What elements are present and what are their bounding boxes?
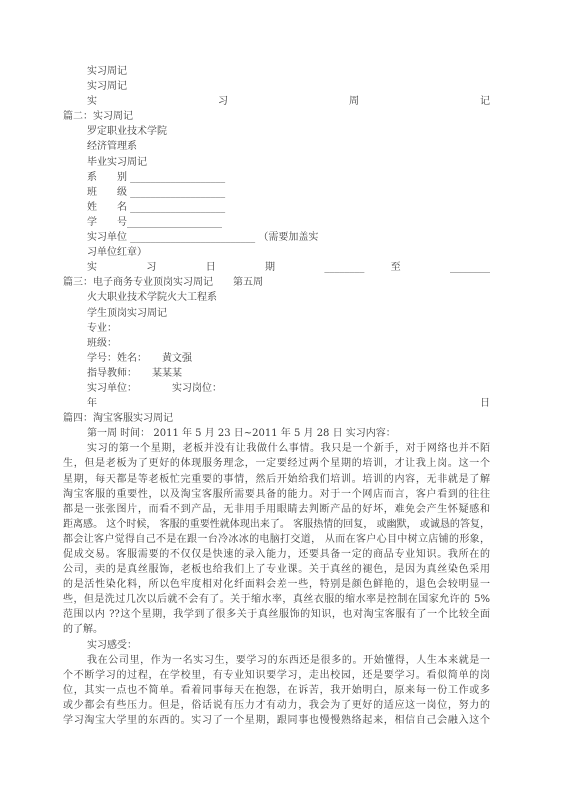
doc-line-7: 毕业实习周记 xyxy=(63,155,490,170)
doc-line-2: 实习周记 xyxy=(63,79,490,94)
doc-line-35: 的是活性染化料，所以色牢度相对化纤面料会差一些，特别是颜色鲜艳的，退色会较明显一 xyxy=(63,577,490,592)
doc-line-30: 都是一张张图片，而看不到产品，无非用手用眼睛去判断产品的好坏，难免会产生怀疑感和 xyxy=(63,502,490,517)
doc-line-38: 的了解。 xyxy=(63,622,490,637)
doc-line-5: 罗定职业技术学院 xyxy=(63,124,490,139)
doc-line-41: 个不断学习的过程，在学校里，有专业知识要学习，走出校园，还是要学习。看似简单的岗 xyxy=(63,668,490,683)
doc-line-28: 星期，每天都是等老板忙完重要的事情，然后开始给我们培训。培训的内容，无非就是了解 xyxy=(63,472,490,487)
doc-line-43: 或少都会有些压力。但是，俗话说有压力才有动力，我会为了更好的适应这一岗位，努力的 xyxy=(63,698,490,713)
doc-line-31: 距离感。 这个时候， 客服的重要性就体现出来了。 客服热情的回复， 或幽默， 或… xyxy=(63,517,490,532)
doc-line-29: 淘宝客服的重要性，以及淘宝客服所需要具备的能力。对于一个网店而言，客户看到的往往 xyxy=(63,487,490,502)
doc-line-22: 实习单位： 实习岗位： xyxy=(63,381,490,396)
doc-line-10: 姓 名 ___________________ xyxy=(63,200,490,215)
doc-line-24: 篇四：淘宝客服实习周记 xyxy=(63,411,490,426)
doc-line-23: 年 日 xyxy=(63,396,490,411)
doc-line-26: 实习的第一个星期，老板并没有让我做什么事情。我只是一个新手，对于网络也并不陌 xyxy=(63,441,490,456)
doc-line-19: 班级： xyxy=(63,336,490,351)
doc-line-18: 专业： xyxy=(63,321,490,336)
doc-line-36: 些，但是洗过几次以后就不会有了。关于缩水率，真丝衣服的缩水率是控制在国家允许的 … xyxy=(63,592,490,607)
internship-journal-document: 实习周记实习周记实 习 周 记篇二：实习周记罗定职业技术学院经济管理系毕业实习周… xyxy=(63,64,490,728)
doc-line-11: 学 号___________________ xyxy=(63,215,490,230)
doc-line-32: 都会让客户觉得自己不是在跟一台冷冰冰的电脑打交道， 从而在客户心目中树立店铺的形… xyxy=(63,532,490,547)
doc-line-21: 指导教师： 某某某 xyxy=(63,366,490,381)
doc-line-44: 学习淘宝大学里的东西的。实习了一个星期，跟同事也慢慢熟络起来，相信自己会融入这个 xyxy=(63,713,490,728)
doc-line-20: 学号：姓名： 黄文强 xyxy=(63,351,490,366)
doc-line-12: 实习单位 _________________________ （需要加盖实 xyxy=(63,230,490,245)
doc-line-37: 范围以内 ??这个星期，我学到了很多关于真丝服饰的知识，也对淘宝客服有了一个比较… xyxy=(63,607,490,622)
doc-line-4: 篇二：实习周记 xyxy=(63,109,490,124)
doc-line-27: 生，但是老板为了更好的体现服务理念，一定要经过两个星期的培训，才让我上岗。这一个 xyxy=(63,456,490,471)
doc-line-15: 篇三：电子商务专业顶岗实习周记 第五周 xyxy=(63,275,490,290)
doc-line-14: 实 习 日 期 ________ 至 ________ xyxy=(63,260,490,275)
doc-line-42: 位，其实一点也不简单。看着同事每天在抱怨，在诉苦，我开始明白，原来每一份工作或多 xyxy=(63,683,490,698)
doc-line-3: 实 习 周 记 xyxy=(63,94,490,109)
doc-line-40: 我在公司里，作为一名实习生，要学习的东西还是很多的。开始懂得，人生本来就是一 xyxy=(63,653,490,668)
doc-line-39: 实习感受： xyxy=(63,638,490,653)
doc-line-6: 经济管理系 xyxy=(63,139,490,154)
doc-line-9: 班 级 ___________________ xyxy=(63,185,490,200)
doc-line-13: 习单位红章） xyxy=(63,245,490,260)
doc-line-1: 实习周记 xyxy=(63,64,490,79)
doc-line-8: 系 别 ___________________ xyxy=(63,170,490,185)
doc-line-16: 火大职业技术学院火大工程系 xyxy=(63,290,490,305)
doc-line-34: 公司，卖的是真丝服饰，老板也给我们上了专业课。关于真丝的褪色，是因为真丝染色采用 xyxy=(63,562,490,577)
doc-line-25: 第一周 时间： 2011 年 5 月 23 日~2011 年 5 月 28 日 … xyxy=(63,426,490,441)
doc-line-17: 学生顶岗实习周记 xyxy=(63,306,490,321)
doc-line-33: 促成交易。客服需要的不仅仅是快速的录入能力，还要具备一定的商品专业知识。我所在的 xyxy=(63,547,490,562)
